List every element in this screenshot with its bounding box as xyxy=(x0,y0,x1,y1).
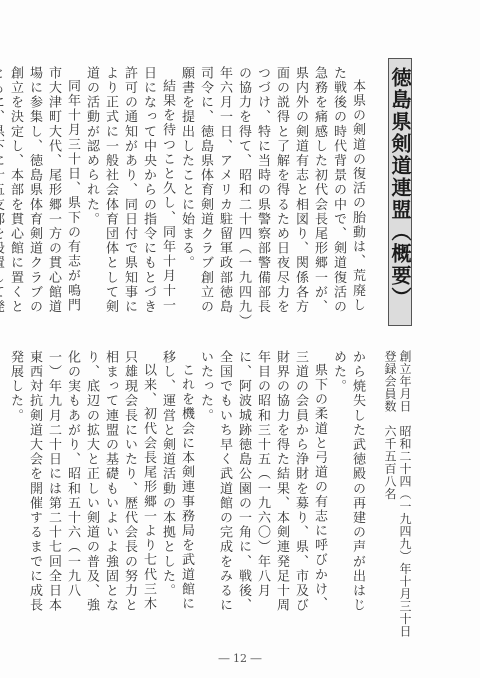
paragraph: 本県の剣道の復活の胎動は、荒廃した戦後の時代背景の中で、剣道復活の急務を痛感した… xyxy=(177,66,367,324)
paragraph: これを機会に本剣連事務局を武道館に移し、運営と剣道活動の本拠とした。 xyxy=(158,350,196,618)
founded-label: 創立年月日 xyxy=(398,350,412,413)
members-label: 登録会員数 xyxy=(383,350,397,413)
paragraph: 以来、初代会長尾形郷一より七代三木只雄現会長にいたり、歴代会長の努力と相まって連… xyxy=(6,350,158,618)
founded-value: 昭和二十四（一九四九）年十月三十日 xyxy=(398,425,412,638)
lower-text-block: から焼失した武徳殿の再建の声が出はじめた。 県下の柔道と弓道の有志に呼びかけ、三… xyxy=(137,350,367,618)
paragraph: 結果を待つこと久し、同年十月十一日になって中央からの指令にもとづき許可の通知があ… xyxy=(82,66,177,324)
paragraph: から焼失した武徳殿の再建の声が出はじめた。 xyxy=(329,350,367,618)
paragraph: 同年十月三十日、県下の有志が鳴門市大津町大代、尾形郷一方の貫心館道場に参集し、徳… xyxy=(0,66,82,324)
upper-text-block: 本県の剣道の復活の胎動は、荒廃した戦後の時代背景の中で、剣道復活の急務を痛感した… xyxy=(22,66,367,324)
section-title: 徳島県剣道連盟（概要） xyxy=(388,58,412,326)
member-count-line: 登録会員数 六千五百八名 xyxy=(383,350,397,500)
paragraph: 県下の柔道と弓道の有志に呼びかけ、三道の会員から浄財を募り、県、市及び財界の協力… xyxy=(196,350,329,618)
members-value: 六千五百八名 xyxy=(383,425,397,500)
founded-date-line: 創立年月日 昭和二十四（一九四九）年十月三十日 xyxy=(398,350,412,638)
document-page: 徳島県剣道連盟（概要） 創立年月日 昭和二十四（一九四九）年十月三十日 登録会員… xyxy=(0,0,480,678)
page-number: ― 12 ― xyxy=(0,652,480,665)
